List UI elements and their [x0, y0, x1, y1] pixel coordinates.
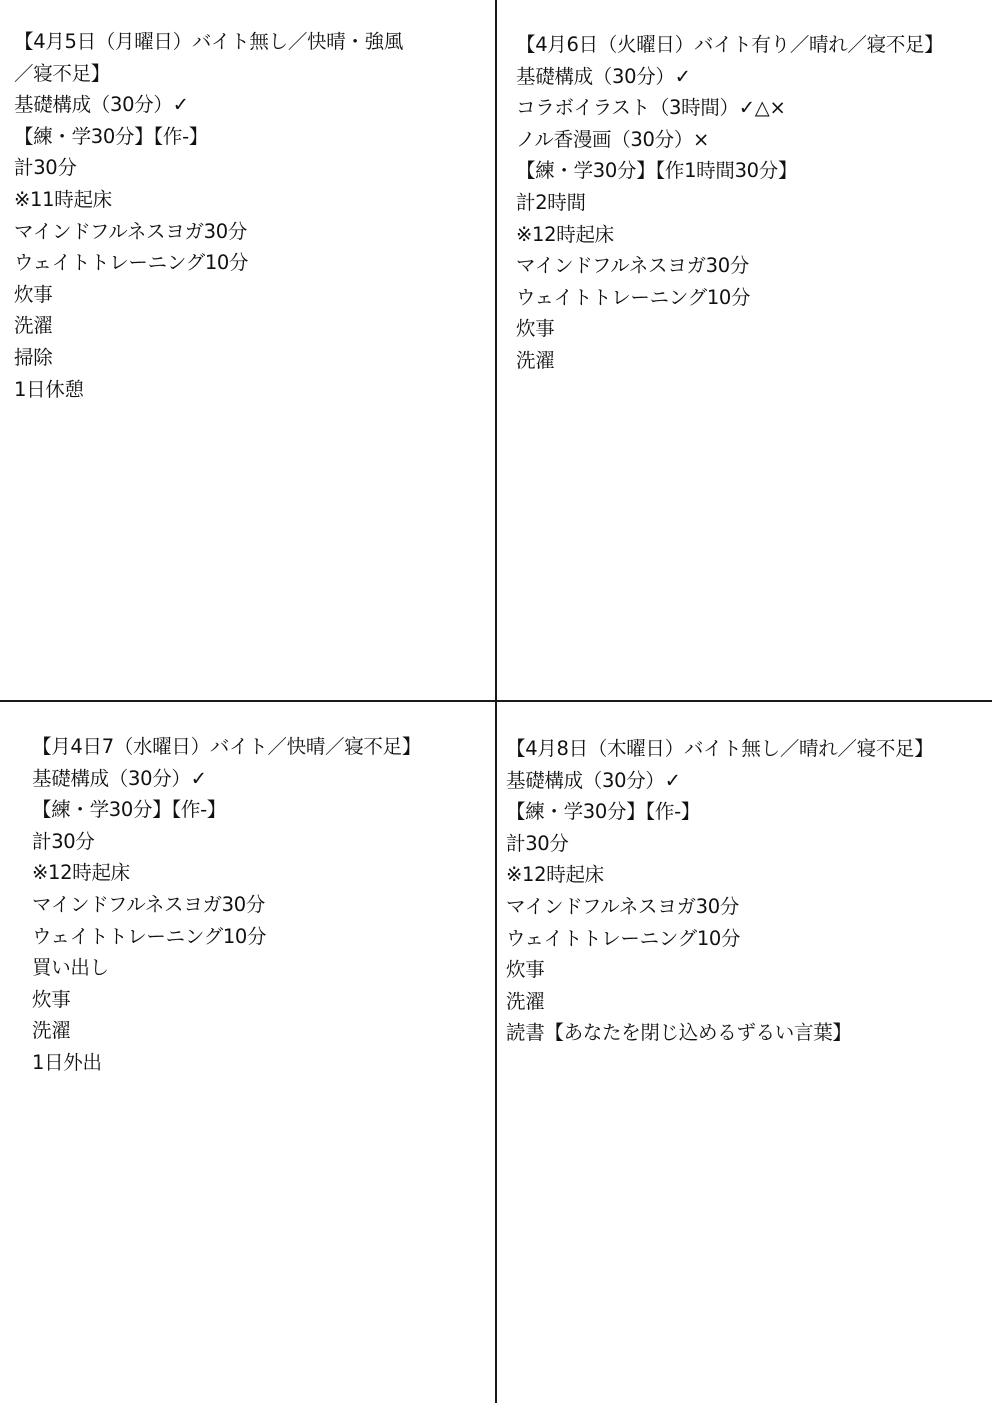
entry-line: 1日休憩	[14, 374, 403, 406]
entry-line: 基礎構成（30分）✓	[14, 89, 403, 121]
day-entry-apr7: 【月4日7（水曜日）バイト／快晴／寝不足】 基礎構成（30分）✓ 【練・学30分…	[32, 731, 421, 1079]
entry-line: 掃除	[14, 342, 403, 374]
entry-line: 炊事	[516, 313, 943, 345]
entry-line: ※12時起床	[516, 219, 943, 251]
entry-header: 【月4日7（水曜日）バイト／快晴／寝不足】	[32, 731, 421, 763]
entry-line: 買い出し	[32, 952, 421, 984]
entry-line: ウェイトトレーニング10分	[14, 247, 403, 279]
entry-line: マインドフルネスヨガ30分	[506, 891, 933, 923]
entry-line: ノル香漫画（30分）×	[516, 124, 943, 156]
entry-line: 【練・学30分】【作1時間30分】	[516, 155, 943, 187]
entry-line: 炊事	[32, 984, 421, 1016]
entry-line: 【練・学30分】【作-】	[506, 796, 933, 828]
entry-line: 計30分	[506, 828, 933, 860]
entry-line: 洗濯	[506, 986, 933, 1018]
entry-header: 【4月8日（木曜日）バイト無し／晴れ／寝不足】	[506, 733, 933, 765]
entry-line: 1日外出	[32, 1047, 421, 1079]
entry-line: マインドフルネスヨガ30分	[14, 216, 403, 248]
entry-header-continued: ／寝不足】	[14, 58, 403, 90]
entry-line: マインドフルネスヨガ30分	[516, 250, 943, 282]
entry-header: 【4月6日（火曜日）バイト有り／晴れ／寝不足】	[516, 29, 943, 61]
entry-line: 計30分	[14, 152, 403, 184]
entry-line: 洗濯	[516, 345, 943, 377]
entry-line: マインドフルネスヨガ30分	[32, 889, 421, 921]
entry-line: 基礎構成（30分）✓	[516, 61, 943, 93]
entry-line: ウェイトトレーニング10分	[516, 282, 943, 314]
entry-line: 計2時間	[516, 187, 943, 219]
entry-line: 炊事	[506, 954, 933, 986]
day-entry-apr8: 【4月8日（木曜日）バイト無し／晴れ／寝不足】 基礎構成（30分）✓ 【練・学3…	[506, 733, 933, 1049]
entry-line: ※12時起床	[506, 859, 933, 891]
entry-line: ウェイトトレーニング10分	[506, 923, 933, 955]
entry-line: 基礎構成（30分）✓	[506, 765, 933, 797]
entry-line: 基礎構成（30分）✓	[32, 763, 421, 795]
day-entry-apr6: 【4月6日（火曜日）バイト有り／晴れ／寝不足】 基礎構成（30分）✓ コラボイラ…	[516, 29, 943, 377]
entry-line: 【練・学30分】【作-】	[32, 794, 421, 826]
entry-line: 【練・学30分】【作-】	[14, 121, 403, 153]
entry-line: 読書【あなたを閉じ込めるずるい言葉】	[506, 1017, 933, 1049]
entry-line: 計30分	[32, 826, 421, 858]
entry-line: ※11時起床	[14, 184, 403, 216]
entry-line: 洗濯	[14, 310, 403, 342]
entry-line: 洗濯	[32, 1015, 421, 1047]
entry-line: コラボイラスト（3時間）✓△×	[516, 92, 943, 124]
entry-line: ウェイトトレーニング10分	[32, 921, 421, 953]
entry-header: 【4月5日（月曜日）バイト無し／快晴・強風	[14, 26, 403, 58]
day-entry-apr5: 【4月5日（月曜日）バイト無し／快晴・強風 ／寝不足】 基礎構成（30分）✓ 【…	[14, 26, 403, 405]
entry-line: ※12時起床	[32, 857, 421, 889]
horizontal-divider	[0, 700, 992, 702]
entry-line: 炊事	[14, 279, 403, 311]
